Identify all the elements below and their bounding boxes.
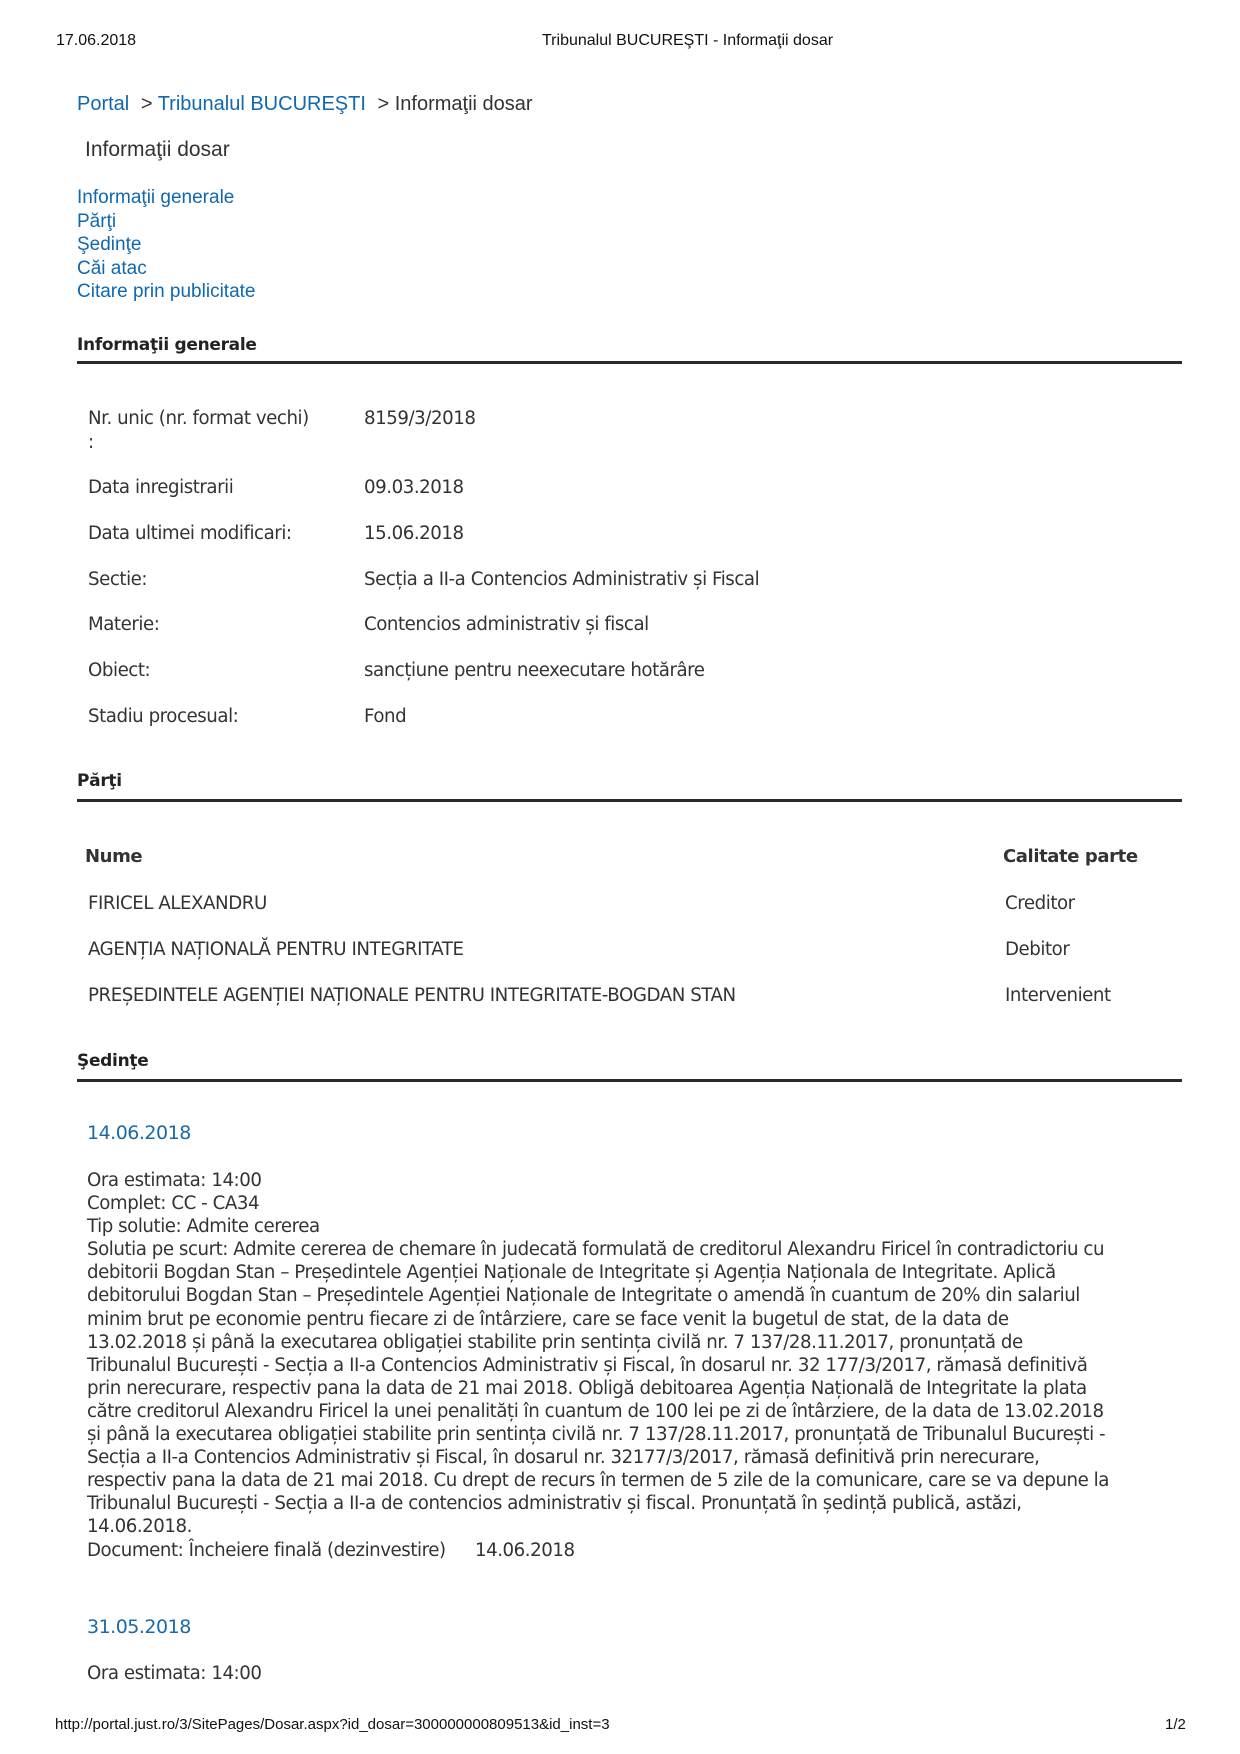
hearing-solutie-line: prin nerecurare, respectiv pana la data …	[87, 1377, 1187, 1400]
general-value-stadiu: Fond	[364, 705, 406, 728]
hearing-solutie-line: 13.02.2018 și până la executarea obligaț…	[87, 1331, 1187, 1354]
hearing-ora: Ora estimata: 14:00	[87, 1169, 1187, 1192]
hearing-tip-solutie: Tip solutie: Admite cererea	[87, 1215, 1187, 1238]
hearing-ora: Ora estimata: 14:00	[87, 1662, 261, 1685]
nav-link-cai-atac[interactable]: Căi atac	[77, 257, 255, 281]
hearing-date-link[interactable]: 31.05.2018	[87, 1615, 191, 1639]
hearing-solutie-line: Tribunalul București - Secția a II-a de …	[87, 1492, 1187, 1515]
general-label-stadiu: Stadiu procesual:	[88, 705, 238, 728]
nav-link-citare[interactable]: Citare prin publicitate	[77, 280, 255, 304]
party-role: Intervenient	[1005, 984, 1111, 1007]
general-label-nr-unic: Nr. unic (nr. format vechi)	[88, 407, 309, 430]
parties-column-nume: Nume	[85, 846, 142, 868]
hearing-solutie-line: Tribunalul București - Secția a II-a Con…	[87, 1354, 1187, 1377]
section-heading-parti: Părţi	[77, 770, 122, 792]
section-divider	[77, 1079, 1182, 1082]
section-heading-sedinte: Şedinţe	[77, 1050, 148, 1072]
page-title: Informaţii dosar	[85, 137, 230, 163]
nav-link-informatii-generale[interactable]: Informaţii generale	[77, 186, 255, 210]
hearing-date-link[interactable]: 14.06.2018	[87, 1121, 191, 1145]
breadcrumb-current: Informaţii dosar	[395, 93, 533, 115]
breadcrumb-tribunal-link[interactable]: Tribunalul BUCUREŞTI	[158, 93, 366, 115]
general-label-obiect: Obiect:	[88, 659, 150, 682]
print-footer-page: 1/2	[1165, 1716, 1186, 1734]
party-role: Debitor	[1005, 938, 1069, 961]
party-name: AGENȚIA NAȚIONALĂ PENTRU INTEGRITATE	[88, 938, 464, 961]
party-name: FIRICEL ALEXANDRU	[88, 892, 267, 915]
general-label-materie: Materie:	[88, 613, 159, 636]
general-value-materie: Contencios administrativ și fiscal	[364, 613, 649, 636]
hearing-solutie-line: minim brut pe economie pentru fiecare zi…	[87, 1308, 1187, 1331]
section-divider	[77, 361, 1182, 364]
hearing-solutie-line: 14.06.2018.	[87, 1515, 1187, 1538]
hearing-details: Ora estimata: 14:00 Complet: CC - CA34 T…	[87, 1169, 1187, 1562]
general-label-data-modificari: Data ultimei modificari:	[88, 522, 292, 545]
section-divider	[77, 799, 1182, 802]
party-role: Creditor	[1005, 892, 1075, 915]
breadcrumb-separator: >	[377, 93, 389, 115]
hearing-solutie-line: către creditorul Alexandru Firicel la un…	[87, 1400, 1187, 1423]
hearing-solutie-line: respectiv pana la data de 21 mai 2018. C…	[87, 1469, 1187, 1492]
general-value-obiect: sancțiune pentru neexecutare hotărâre	[364, 659, 705, 682]
hearing-solutie-line: Solutia pe scurt: Admite cererea de chem…	[87, 1238, 1187, 1261]
general-value-nr-unic: 8159/3/2018	[364, 407, 475, 430]
section-heading-general: Informaţii generale	[77, 334, 257, 356]
breadcrumb: Portal > Tribunalul BUCUREŞTI > Informaţ…	[77, 92, 533, 116]
section-nav: Informaţii generale Părţi Şedinţe Căi at…	[77, 186, 255, 304]
nav-link-sedinte[interactable]: Şedinţe	[77, 233, 255, 257]
breadcrumb-separator: >	[141, 93, 153, 115]
print-header-date: 17.06.2018	[56, 31, 136, 51]
hearing-document-date: 14.06.2018	[475, 1540, 575, 1561]
hearing-document-label[interactable]: Document: Încheiere finală (dezinvestire…	[87, 1540, 446, 1561]
nav-link-parti[interactable]: Părţi	[77, 210, 255, 234]
hearing-document: Document: Încheiere finală (dezinvestire…	[87, 1539, 1187, 1562]
print-header-title: Tribunalul BUCUREŞTI - Informaţii dosar	[542, 31, 833, 51]
parties-column-calitate: Calitate parte	[1003, 846, 1138, 868]
hearing-complet: Complet: CC - CA34	[87, 1192, 1187, 1215]
hearing-solutie-line: și până la executarea obligației stabili…	[87, 1423, 1187, 1446]
general-label-data-inregistrarii: Data inregistrarii	[88, 476, 233, 499]
general-value-data-modificari: 15.06.2018	[364, 522, 464, 545]
general-label-sectie: Sectie:	[88, 568, 147, 591]
party-name: PREȘEDINTELE AGENȚIEI NAȚIONALE PENTRU I…	[88, 984, 736, 1007]
general-value-sectie: Secția a II-a Contencios Administrativ ș…	[364, 568, 759, 591]
hearing-solutie-line: Secția a II-a Contencios Administrativ ș…	[87, 1446, 1187, 1469]
general-label-nr-unic-colon: :	[88, 431, 94, 454]
print-footer-url: http://portal.just.ro/3/SitePages/Dosar.…	[55, 1716, 610, 1734]
breadcrumb-portal-link[interactable]: Portal	[77, 93, 129, 115]
hearing-solutie-line: debitorii Bogdan Stan – Președintele Age…	[87, 1261, 1187, 1284]
general-value-data-inregistrarii: 09.03.2018	[364, 476, 464, 499]
hearing-solutie-line: debitorului Bogdan Stan – Președintele A…	[87, 1284, 1187, 1307]
